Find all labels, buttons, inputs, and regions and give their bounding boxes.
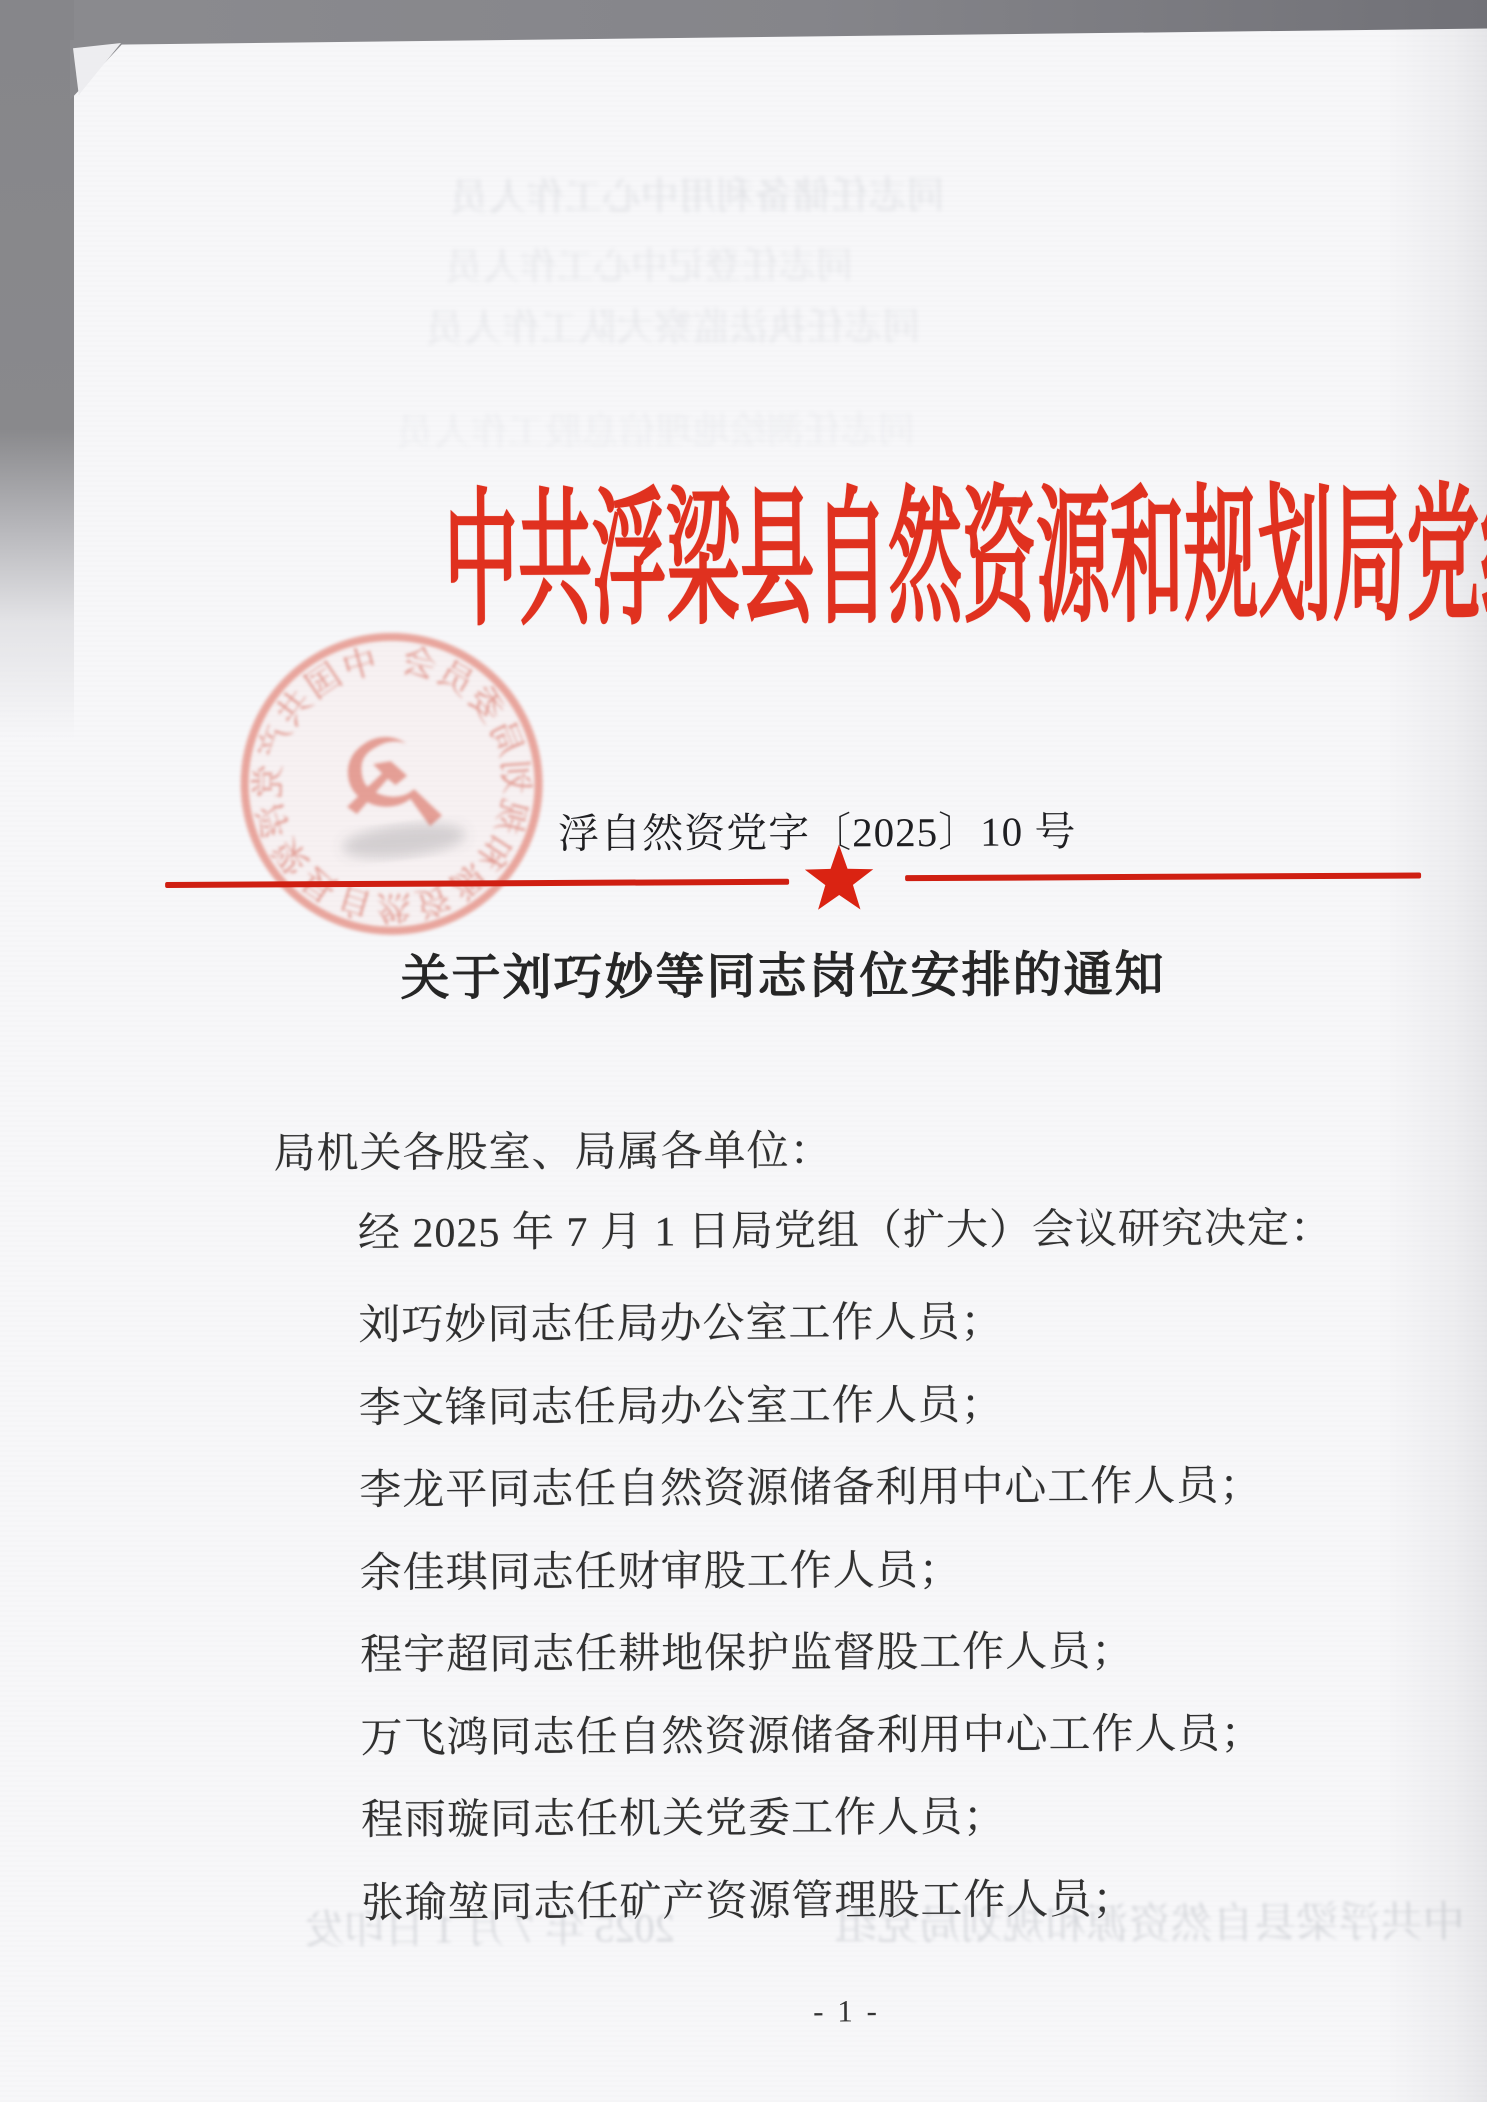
star-icon [803,844,875,916]
ghost-footer-print-date: 2025 年 7 月 1 日印发 [304,1896,674,1955]
red-separator-line-right [905,872,1421,881]
org-banner-title: 中共浮梁县自然资源和规划局党组文件 [444,482,1188,641]
salutation: 局机关各股室、局属各单位： [273,1118,832,1181]
appointment-line: 李文锋同志任局办公室工作人员； [275,1372,1004,1436]
scanned-document-page: 同志任储备利用中心工作人员 同志任登记中心工作人员 同志任执法监察大队工作人员 … [0,0,1487,2102]
page-number: - 1 - [201,1990,1487,2033]
ghost-footer-issuer: 中共浮梁县自然资源和规划局党组 [834,1889,1464,1952]
seal-graphic: 中国共产党浮梁县自然资源和规划局委员会 ☭ [219,612,563,956]
intro-line: 经 2025 年 7 月 1 日局党组（扩大）会议研究决定： [274,1195,1333,1261]
appointment-line: 李龙平同志任自然资源储备利用中心工作人员； [275,1452,1262,1517]
ghost-bleedthrough-line: 同志任登记中心工作人员 [446,234,853,290]
official-seal: 中国共产党浮梁县自然资源和规划局委员会 ☭ [219,612,563,956]
ghost-bleedthrough-line: 同志任测绘地理信息股工作人员 [397,399,915,456]
scanner-background-left [0,0,74,740]
appointment-line: 程宇超同志任耕地保护监督股工作人员； [276,1618,1134,1682]
ghost-bleedthrough-line: 同志任储备利用中心工作人员 [450,164,944,222]
hammer-sickle-icon: ☭ [327,706,457,867]
document-content: 同志任储备利用中心工作人员 同志任登记中心工作人员 同志任执法监察大队工作人员 … [0,0,1487,2102]
appointment-line: 余佳琪同志任财审股工作人员； [276,1537,962,1601]
appointment-line: 刘巧妙同志任局办公室工作人员； [274,1289,1003,1353]
appointment-line: 万飞鸿同志任自然资源储备利用中心工作人员； [276,1700,1263,1765]
ghost-bleedthrough-line: 同志任执法监察大队工作人员 [426,295,920,353]
appointment-line: 程雨璇同志任机关党委工作人员； [277,1784,1006,1848]
